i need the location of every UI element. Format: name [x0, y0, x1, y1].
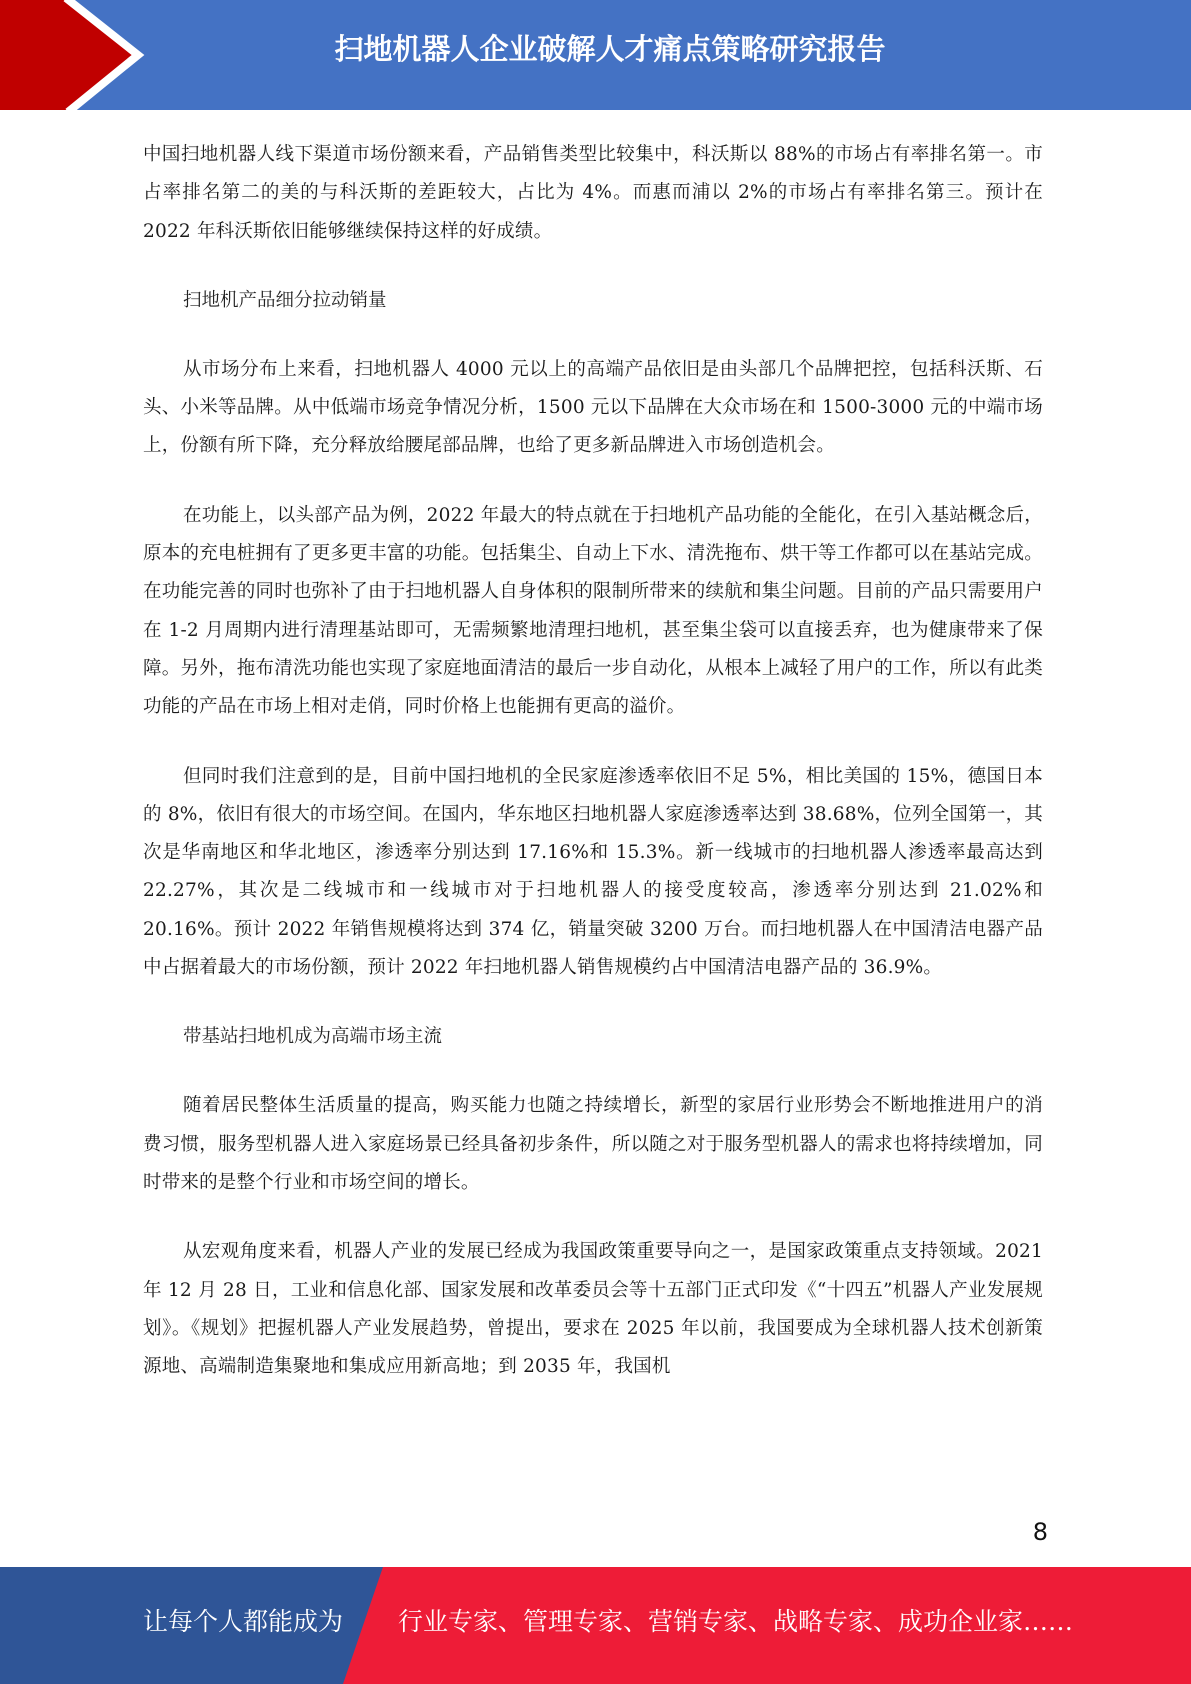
- footer-slogan-left: 让每个人都能成为: [143, 1604, 343, 1640]
- paragraph: 但同时我们注意到的是，目前中国扫地机的全民家庭渗透率依旧不足 5%，相比美国的 …: [143, 758, 1043, 988]
- paragraph: 在功能上，以头部产品为例，2022 年最大的特点就在于扫地机产品功能的全能化，在…: [143, 497, 1043, 727]
- document-body: 中国扫地机器人线下渠道市场份额来看，产品销售类型比较集中，科沃斯以 88%的市场…: [143, 136, 1043, 1417]
- paragraph: 中国扫地机器人线下渠道市场份额来看，产品销售类型比较集中，科沃斯以 88%的市场…: [143, 136, 1043, 251]
- section-heading: 带基站扫地机成为高端市场主流: [143, 1018, 1043, 1056]
- section-heading: 扫地机产品细分拉动销量: [143, 282, 1043, 320]
- paragraph: 从市场分布上来看，扫地机器人 4000 元以上的高端产品依旧是由头部几个品牌把控…: [143, 351, 1043, 466]
- page-header: 扫地机器人企业破解人才痛点策略研究报告: [0, 0, 1191, 110]
- paragraph: 随着居民整体生活质量的提高，购买能力也随之持续增长，新型的家居行业形势会不断地推…: [143, 1087, 1043, 1202]
- footer-slogan-right: 行业专家、管理专家、营销专家、战略专家、成功企业家……: [398, 1604, 1073, 1640]
- page-number: 8: [1033, 1518, 1048, 1546]
- page-footer: 让每个人都能成为 行业专家、管理专家、营销专家、战略专家、成功企业家……: [0, 1567, 1191, 1684]
- paragraph: 从宏观角度来看，机器人产业的发展已经成为我国政策重要导向之一，是国家政策重点支持…: [143, 1233, 1043, 1386]
- document-title: 扫地机器人企业破解人才痛点策略研究报告: [300, 28, 920, 70]
